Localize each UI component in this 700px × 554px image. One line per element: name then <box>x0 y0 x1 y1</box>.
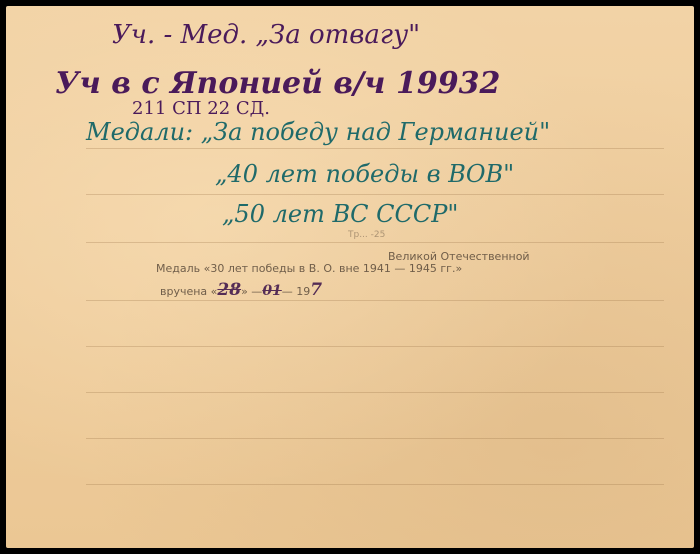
handwritten-medal-40-years: „40 лет победы в ВОВ" <box>215 160 514 188</box>
printed-medal-suffix: не 1941 — 1945 гг.» <box>345 262 462 275</box>
printed-medal-30-years: Медаль «30 лет победы в В. О. вне 1941 —… <box>156 262 462 275</box>
handwritten-unit: 211 СП 22 СД. <box>132 98 270 119</box>
ruled-line <box>86 148 664 149</box>
handwritten-medal-50-years: „50 лет ВС СССР" <box>222 200 458 228</box>
handwritten-medal-for-courage: Уч. - Мед. „За отвагу" <box>112 20 420 50</box>
handwritten-day: 28 <box>217 280 241 300</box>
printed-separator: » — <box>241 285 262 298</box>
printed-awarded-line: вручена «28» —01— 197 <box>160 280 322 300</box>
printed-awarded-label: вручена « <box>160 285 217 298</box>
ruled-line <box>86 346 664 347</box>
printed-faint-line: Тр... -25 <box>348 230 385 240</box>
printed-medal-prefix: Медаль «30 лет победы в В. О. в <box>156 262 345 275</box>
ruled-line <box>86 438 664 439</box>
handwritten-year-digit: 7 <box>310 280 322 300</box>
handwritten-medals-germany: Медали: „За победу над Германией" <box>86 118 550 146</box>
ruled-line <box>86 242 664 243</box>
printed-year-prefix: — 19 <box>282 285 311 298</box>
ruled-line <box>86 392 664 393</box>
handwritten-month: 01 <box>262 283 281 299</box>
ruled-line <box>86 300 664 301</box>
handwritten-japan-service: Уч в с Японией в/ч 19932 <box>55 66 500 101</box>
ruled-line <box>86 484 664 485</box>
ruled-line <box>86 194 664 195</box>
